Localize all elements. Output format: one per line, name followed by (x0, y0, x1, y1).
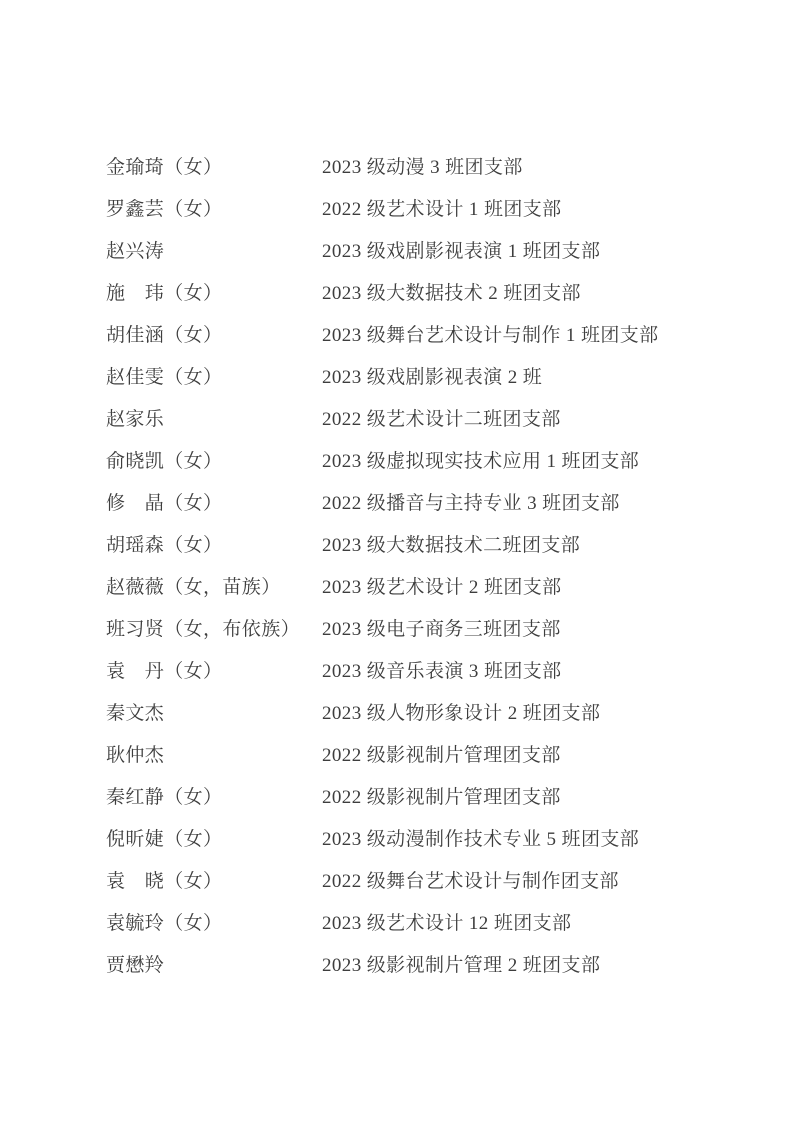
branch-name: 2023 级影视制片管理 2 班团支部 (322, 950, 746, 977)
branch-name: 2023 级音乐表演 3 班团支部 (322, 656, 746, 683)
branch-name: 2023 级大数据技术 2 班团支部 (322, 278, 746, 305)
branch-name: 2022 级影视制片管理团支部 (322, 782, 746, 809)
member-name: 贾懋羚 (106, 950, 322, 977)
member-name: 赵兴涛 (106, 236, 322, 263)
member-name: 袁 晓（女） (106, 866, 322, 893)
document-page: 金瑜琦（女） 2023 级动漫 3 班团支部 罗鑫芸（女） 2022 级艺术设计… (0, 0, 800, 1131)
member-name: 赵佳雯（女） (106, 362, 322, 389)
branch-name: 2023 级戏剧影视表演 1 班团支部 (322, 236, 746, 263)
roster-row: 班习贤（女，布依族） 2023 级电子商务三班团支部 (106, 606, 746, 648)
member-name: 施 玮（女） (106, 278, 322, 305)
branch-name: 2023 级大数据技术二班团支部 (322, 530, 746, 557)
member-name: 班习贤（女，布依族） (106, 614, 322, 641)
member-name: 修 晶（女） (106, 488, 322, 515)
branch-name: 2022 级艺术设计 1 班团支部 (322, 194, 746, 221)
branch-name: 2022 级舞台艺术设计与制作团支部 (322, 866, 746, 893)
roster-row: 耿仲杰 2022 级影视制片管理团支部 (106, 732, 746, 774)
member-name: 罗鑫芸（女） (106, 194, 322, 221)
roster-row: 袁 丹（女） 2023 级音乐表演 3 班团支部 (106, 648, 746, 690)
member-name: 倪昕婕（女） (106, 824, 322, 851)
roster-row: 袁 晓（女） 2022 级舞台艺术设计与制作团支部 (106, 858, 746, 900)
branch-name: 2023 级人物形象设计 2 班团支部 (322, 698, 746, 725)
roster-row: 赵薇薇（女，苗族） 2023 级艺术设计 2 班团支部 (106, 564, 746, 606)
roster-list: 金瑜琦（女） 2023 级动漫 3 班团支部 罗鑫芸（女） 2022 级艺术设计… (106, 144, 746, 984)
member-name: 俞晓凯（女） (106, 446, 322, 473)
branch-name: 2023 级虚拟现实技术应用 1 班团支部 (322, 446, 746, 473)
roster-row: 胡佳涵（女） 2023 级舞台艺术设计与制作 1 班团支部 (106, 312, 746, 354)
branch-name: 2023 级舞台艺术设计与制作 1 班团支部 (322, 320, 746, 347)
roster-row: 赵家乐 2022 级艺术设计二班团支部 (106, 396, 746, 438)
member-name: 赵家乐 (106, 404, 322, 431)
roster-row: 倪昕婕（女） 2023 级动漫制作技术专业 5 班团支部 (106, 816, 746, 858)
member-name: 胡佳涵（女） (106, 320, 322, 347)
roster-row: 袁毓玲（女） 2023 级艺术设计 12 班团支部 (106, 900, 746, 942)
roster-row: 赵兴涛 2023 级戏剧影视表演 1 班团支部 (106, 228, 746, 270)
roster-row: 修 晶（女） 2022 级播音与主持专业 3 班团支部 (106, 480, 746, 522)
member-name: 赵薇薇（女，苗族） (106, 572, 322, 599)
member-name: 耿仲杰 (106, 740, 322, 767)
roster-row: 施 玮（女） 2023 级大数据技术 2 班团支部 (106, 270, 746, 312)
roster-row: 金瑜琦（女） 2023 级动漫 3 班团支部 (106, 144, 746, 186)
member-name: 金瑜琦（女） (106, 152, 322, 179)
roster-row: 俞晓凯（女） 2023 级虚拟现实技术应用 1 班团支部 (106, 438, 746, 480)
branch-name: 2023 级动漫制作技术专业 5 班团支部 (322, 824, 746, 851)
member-name: 秦红静（女） (106, 782, 322, 809)
member-name: 袁 丹（女） (106, 656, 322, 683)
branch-name: 2023 级电子商务三班团支部 (322, 614, 746, 641)
member-name: 秦文杰 (106, 698, 322, 725)
branch-name: 2022 级影视制片管理团支部 (322, 740, 746, 767)
branch-name: 2023 级动漫 3 班团支部 (322, 152, 746, 179)
roster-row: 秦文杰 2023 级人物形象设计 2 班团支部 (106, 690, 746, 732)
roster-row: 胡瑶森（女） 2023 级大数据技术二班团支部 (106, 522, 746, 564)
branch-name: 2022 级播音与主持专业 3 班团支部 (322, 488, 746, 515)
member-name: 胡瑶森（女） (106, 530, 322, 557)
roster-row: 赵佳雯（女） 2023 级戏剧影视表演 2 班 (106, 354, 746, 396)
branch-name: 2023 级艺术设计 2 班团支部 (322, 572, 746, 599)
roster-row: 秦红静（女） 2022 级影视制片管理团支部 (106, 774, 746, 816)
branch-name: 2022 级艺术设计二班团支部 (322, 404, 746, 431)
roster-row: 罗鑫芸（女） 2022 级艺术设计 1 班团支部 (106, 186, 746, 228)
branch-name: 2023 级艺术设计 12 班团支部 (322, 908, 746, 935)
branch-name: 2023 级戏剧影视表演 2 班 (322, 362, 746, 389)
roster-row: 贾懋羚 2023 级影视制片管理 2 班团支部 (106, 942, 746, 984)
member-name: 袁毓玲（女） (106, 908, 322, 935)
